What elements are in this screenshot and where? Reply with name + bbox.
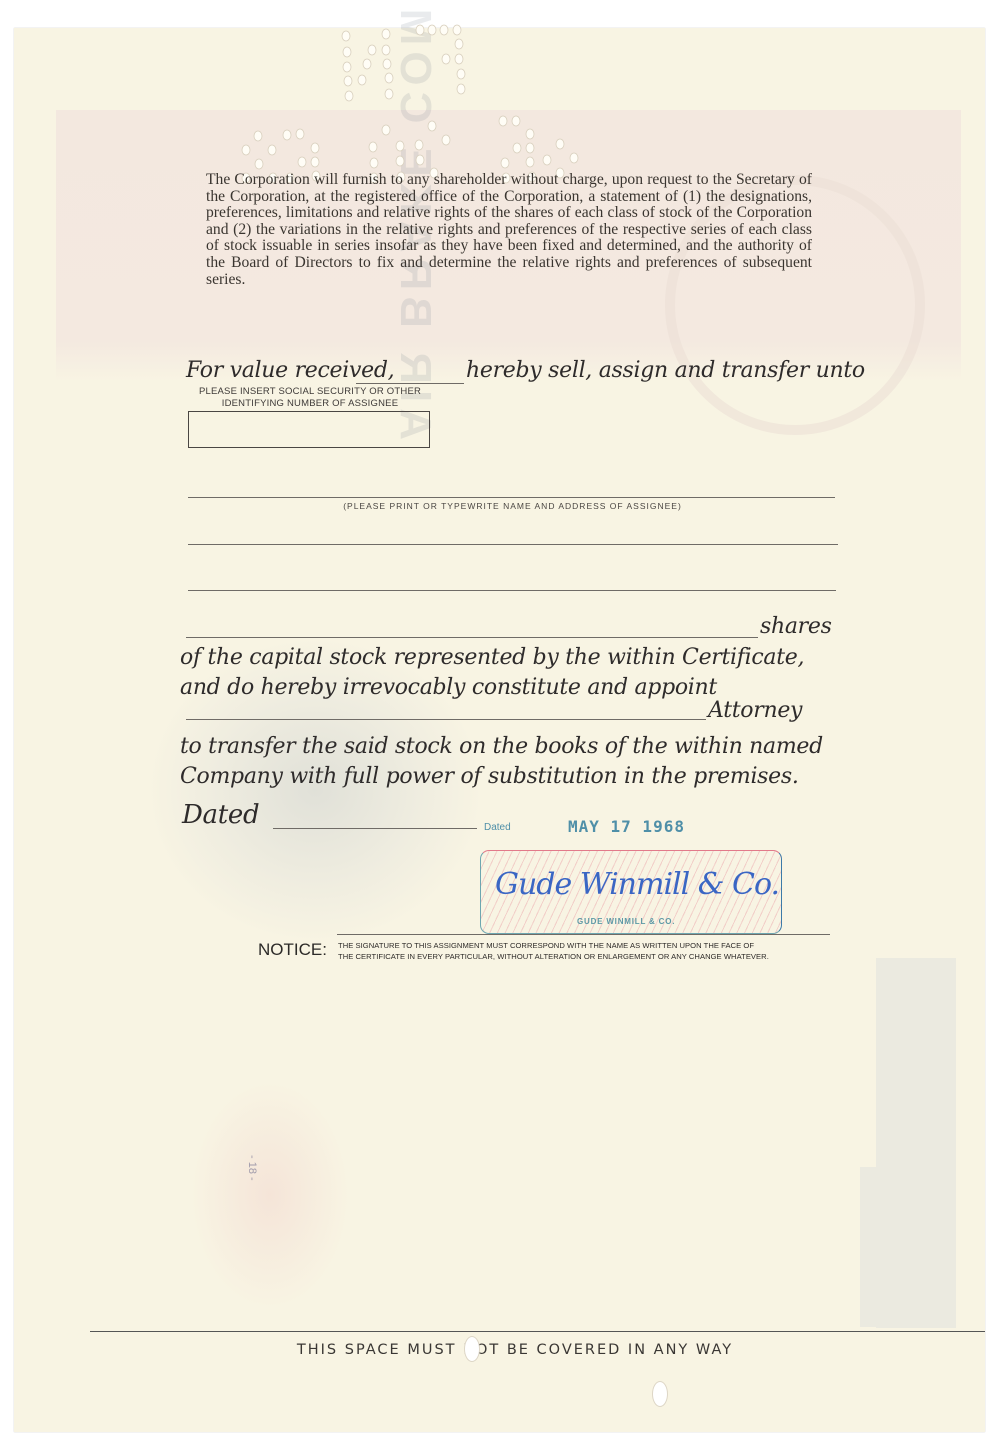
- grey-panel-show-through-lower: [860, 1167, 880, 1327]
- stamp-dated-label: Dated: [484, 822, 511, 833]
- shares-label: shares: [760, 614, 832, 639]
- dated-line[interactable]: [273, 828, 477, 829]
- signature-guarantee-stamp: Gude Winmill & Co. GUDE WINMILL & CO.: [480, 850, 782, 934]
- assignee-address-caption: (PLEASE PRINT OR TYPEWRITE NAME AND ADDR…: [190, 501, 835, 511]
- attorney-label: Attorney: [708, 698, 802, 723]
- assignee-address-line-2[interactable]: [188, 544, 838, 545]
- punch-hole-1: [464, 1336, 480, 1362]
- constitute-appoint-text: and do hereby irrevocably constitute and…: [180, 675, 717, 700]
- guarantor-firm-name: GUDE WINMILL & CO.: [577, 917, 675, 926]
- punch-hole-2: [652, 1381, 668, 1407]
- certificate-number-show-through: - 18 -: [246, 1155, 258, 1181]
- attorney-name-line[interactable]: [186, 719, 706, 720]
- capital-stock-text: of the capital stock represented by the …: [180, 645, 804, 670]
- shares-count-line[interactable]: [186, 637, 758, 638]
- footer-rule: [90, 1331, 985, 1332]
- ssn-label-line2: IDENTIFYING NUMBER OF ASSIGNEE: [186, 398, 434, 410]
- pink-seal-show-through: [190, 1080, 350, 1310]
- corporation-rights-notice: The Corporation will furnish to any shar…: [206, 172, 812, 288]
- footer-warning: THIS SPACE MUST NOT BE COVERED IN ANY WA…: [90, 1342, 940, 1358]
- ssn-label: PLEASE INSERT SOCIAL SECURITY OR OTHER I…: [186, 386, 434, 410]
- signature-line[interactable]: [337, 934, 830, 935]
- transfer-books-text: to transfer the said stock on the books …: [180, 734, 823, 759]
- assignee-address-line-3[interactable]: [188, 590, 836, 591]
- assignor-blank-line: [356, 383, 464, 384]
- notice-body: THE SIGNATURE TO THIS ASSIGNMENT MUST CO…: [338, 940, 828, 962]
- hereby-sell-text: hereby sell, assign and transfer unto: [466, 358, 865, 383]
- stamp-date-value: MAY 17 1968: [568, 817, 685, 836]
- ssn-label-line1: PLEASE INSERT SOCIAL SECURITY OR OTHER: [186, 386, 434, 398]
- dated-label: Dated: [182, 800, 259, 830]
- assignee-name-line[interactable]: [188, 497, 835, 498]
- grey-panel-show-through: [876, 958, 956, 1328]
- ssn-input-box[interactable]: [188, 411, 430, 448]
- notice-label: NOTICE:: [258, 940, 327, 960]
- notice-line-2: THE CERTIFICATE IN EVERY PARTICULAR, WIT…: [338, 951, 828, 962]
- substitution-text: Company with full power of substitution …: [180, 764, 799, 789]
- for-value-received-text: For value received,: [186, 358, 394, 383]
- notice-line-1: THE SIGNATURE TO THIS ASSIGNMENT MUST CO…: [338, 940, 828, 951]
- guarantor-signature: Gude Winmill & Co.: [495, 867, 779, 902]
